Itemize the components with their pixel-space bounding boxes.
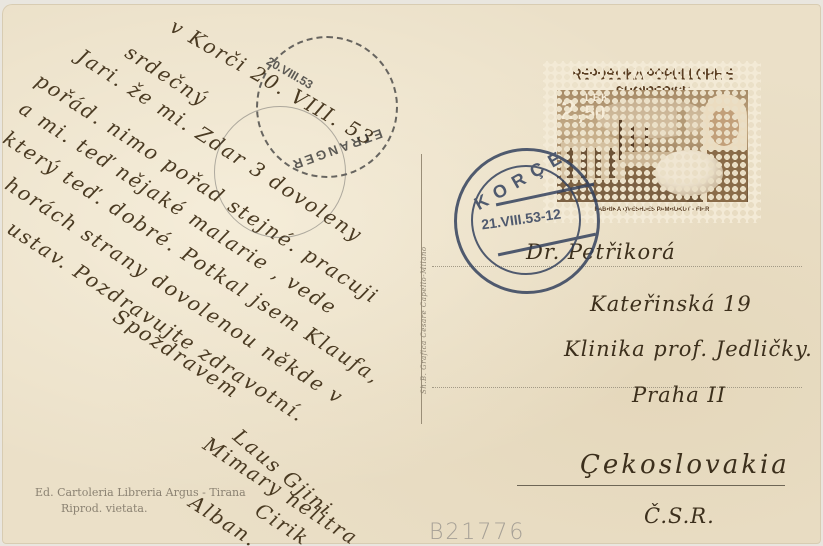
address-line [432,387,802,388]
postmark-korce: KORÇE 21.VIII.53-12 [454,148,600,294]
recipient-institution: Klinika prof. Jedličky. [564,337,813,361]
printer-credit: Sh.B. Grafica Cesare Capello-Milano [420,246,428,394]
recipient-country: Çekoslovakia [580,450,790,480]
publisher-line: Riprod. vietata. [35,501,246,517]
postcard: v Korči 20. VIII. 53 srdečný Jari. že mi… [2,4,821,544]
address-line [517,485,785,486]
recipient-country-abbrev: Č.S.R. [644,504,715,528]
archive-number: B21776 [429,520,525,545]
postmark-ghost [214,106,346,238]
postmark-etranger-date: 20.VIII.53 [264,54,315,92]
stamp-currency: LEK [585,92,610,104]
stamp-value: 2,50 LEK [561,94,606,126]
recipient-street: Kateřinská 19 [590,292,752,316]
publisher-line: Ed. Cartoleria Libreria Argus - Tirana [35,485,246,501]
recipient-city: Praha II [632,383,726,407]
publisher-imprint: Ed. Cartoleria Libreria Argus - Tirana R… [35,485,246,517]
